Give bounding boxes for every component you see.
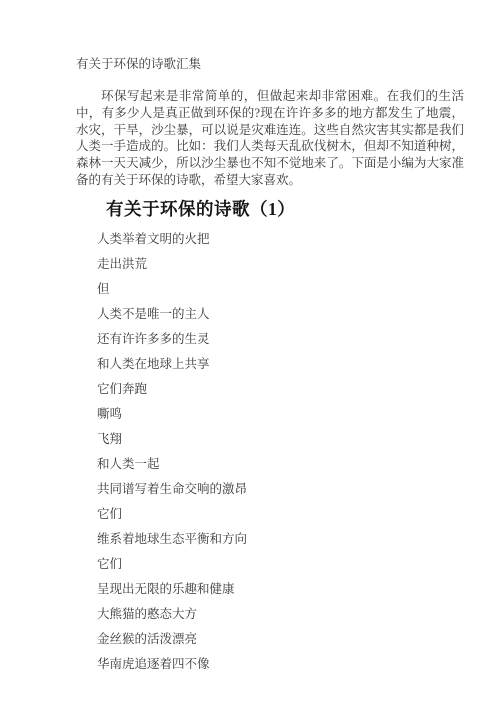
poem-line: 它们奔跑	[97, 383, 464, 396]
poem-line: 大熊猫的憨态大方	[97, 608, 464, 621]
poem-line: 呈现出无限的乐趣和健康	[97, 583, 464, 596]
poem-line: 它们	[97, 558, 464, 571]
poem-line: 飞翔	[97, 433, 464, 446]
poem-line: 和人类在地球上共享	[97, 358, 464, 371]
poem-line: 共同谱写着生命交响的激昂	[97, 483, 464, 496]
poem-line: 走出洪荒	[97, 258, 464, 271]
poem-line: 和人类一起	[97, 458, 464, 471]
poem-line: 金丝猴的活泼漂亮	[97, 633, 464, 646]
poem-line: 嘶鸣	[97, 408, 464, 421]
poem-line: 人类不是唯一的主人	[97, 308, 464, 321]
poem-line: 华南虎追逐着四不像	[97, 658, 464, 671]
document-page: 有关于环保的诗歌汇集 环保写起来是非常简单的，但做起来却非常困难。在我们的生活中…	[0, 0, 500, 708]
poem: 人类举着文明的火把 走出洪荒 但 人类不是唯一的主人 还有许许多多的生灵 和人类…	[76, 233, 464, 671]
poem-line: 但	[97, 283, 464, 296]
poem-line: 还有许许多多的生灵	[97, 333, 464, 346]
poem-line: 人类举着文明的火把	[97, 233, 464, 246]
section-heading: 有关于环保的诗歌（1）	[106, 200, 464, 219]
poem-line: 维系着地球生态平衡和方向	[97, 533, 464, 546]
poem-line: 它们	[97, 508, 464, 521]
intro-paragraph: 环保写起来是非常简单的，但做起来却非常困难。在我们的生活中，有多少人是真正做到环…	[76, 88, 464, 189]
document-title: 有关于环保的诗歌汇集	[76, 57, 464, 71]
